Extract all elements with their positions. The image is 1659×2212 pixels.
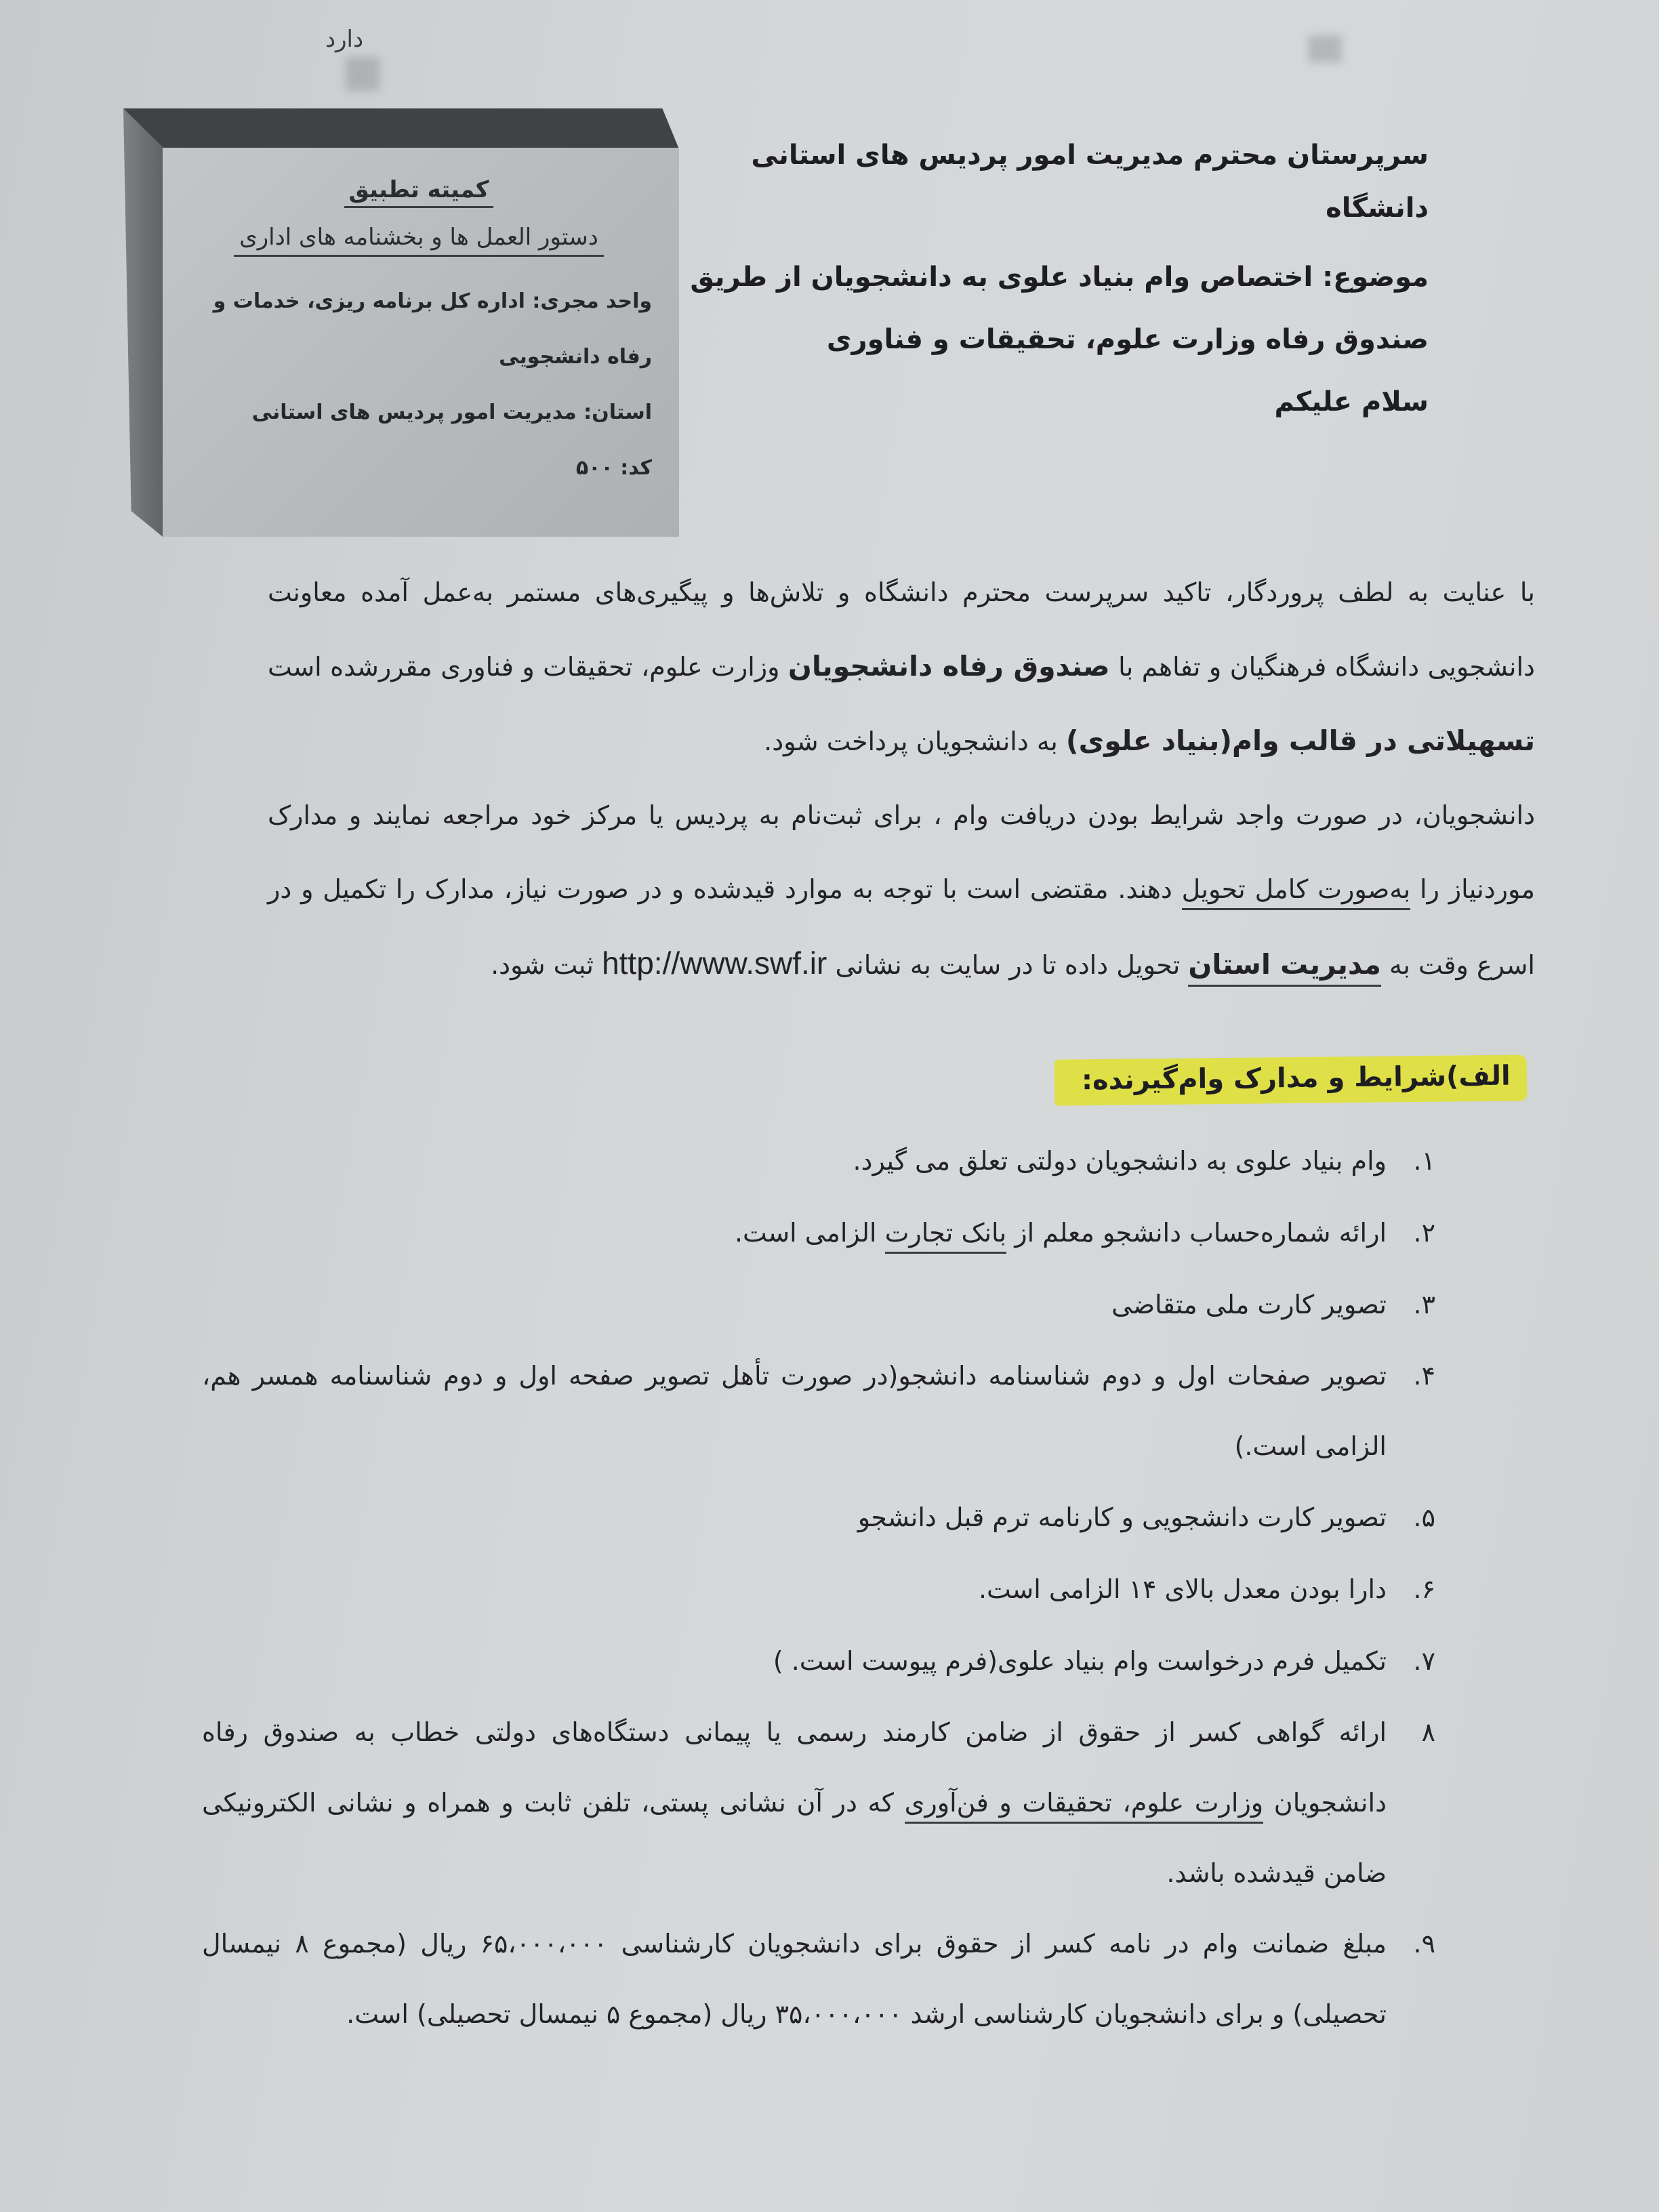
executive-unit-cont: رفاه دانشجویی [186, 329, 652, 385]
code: کد: ۵۰۰ [186, 441, 652, 496]
handwritten-note: دارد [325, 26, 363, 53]
loan-facility: تسهیلاتی در قالب وام(بنیاد علوی) [1066, 724, 1535, 757]
letter-header: سرپرستان محترم مدیریت امور پردیس های است… [676, 129, 1429, 428]
list-item: ۴.تصویر صفحات اول و دوم شناسنامه دانشجو(… [202, 1340, 1435, 1481]
province: استان: مدیریت امور پردیس های استانی [186, 385, 652, 441]
compliance-stamp-box: کمیته تطبیق دستور العمل ها و بخشنامه های… [123, 108, 679, 537]
section-a-heading: الف)شرایط و مدارک وام‌گیرنده: [1054, 1054, 1527, 1105]
list-item: ۲.ارائه شماره‌حساب دانشجو معلم از بانک ت… [202, 1197, 1435, 1269]
list-item: ۷.تکمیل فرم درخواست وام بنیاد علوی(فرم پ… [202, 1625, 1435, 1697]
addressee: سرپرستان محترم مدیریت امور پردیس های است… [676, 129, 1429, 234]
greeting: سلام علیکم [676, 375, 1429, 428]
underlined-ministry: وزارت علوم، تحقیقات و فن‌آوری [905, 1788, 1264, 1824]
letter-body: با عنایت به لطف پروردگار، تاکید سرپرست م… [268, 556, 1535, 1002]
box-top-edge [123, 108, 679, 149]
ink-smudge [346, 57, 380, 91]
stamp-title: کمیته تطبیق [186, 176, 652, 203]
executive-unit: واحد مجری: اداره کل برنامه ریزی، خدمات و [186, 274, 652, 329]
document-page: دارد کمیته تطبیق دستور العمل ها و بخشنام… [0, 0, 1659, 2212]
box-face: کمیته تطبیق دستور العمل ها و بخشنامه های… [163, 148, 679, 537]
list-item: ۵.تصویر کارت دانشجویی و کارنامه ترم قبل … [202, 1481, 1435, 1553]
stamp-subtitle: دستور العمل ها و بخشنامه های اداری [186, 224, 652, 251]
fund-name: صندوق رفاه دانشجویان [788, 650, 1110, 682]
list-item: ۱.وام بنیاد علوی به دانشجویان دولتی تعلق… [202, 1125, 1435, 1197]
list-item: ۸ارائه گواهی کسر از حقوق از ضامن کارمند … [202, 1697, 1435, 1908]
subject-line: موضوع: اختصاص وام بنیاد علوی به دانشجویا… [676, 251, 1429, 304]
underlined-bank: بانک تجارت [885, 1218, 1007, 1254]
underlined-phrase: به‌صورت کامل تحویل [1182, 874, 1411, 910]
website-link[interactable]: http://www.swf.ir [602, 945, 827, 981]
paragraph-intro: با عنایت به لطف پروردگار، تاکید سرپرست م… [268, 556, 1535, 779]
requirements-list: ۱.وام بنیاد علوی به دانشجویان دولتی تعلق… [202, 1125, 1435, 2049]
list-item: ۶.دارا بودن معدل بالای ۱۴ الزامی است. [202, 1553, 1435, 1625]
list-item: ۳.تصویر کارت ملی متقاضی [202, 1269, 1435, 1340]
ink-smudge [1308, 35, 1342, 62]
province-management: مدیریت استان [1188, 948, 1381, 987]
paragraph-instructions: دانشجویان، در صورت واجد شرایط بودن دریاف… [268, 779, 1535, 1002]
box-left-edge [123, 108, 163, 537]
list-item: ۹.مبلغ ضمانت وام در نامه کسر از حقوق برا… [202, 1908, 1435, 2049]
subject-line-cont: صندوق رفاه وزارت علوم، تحقیقات و فناوری [676, 313, 1429, 366]
